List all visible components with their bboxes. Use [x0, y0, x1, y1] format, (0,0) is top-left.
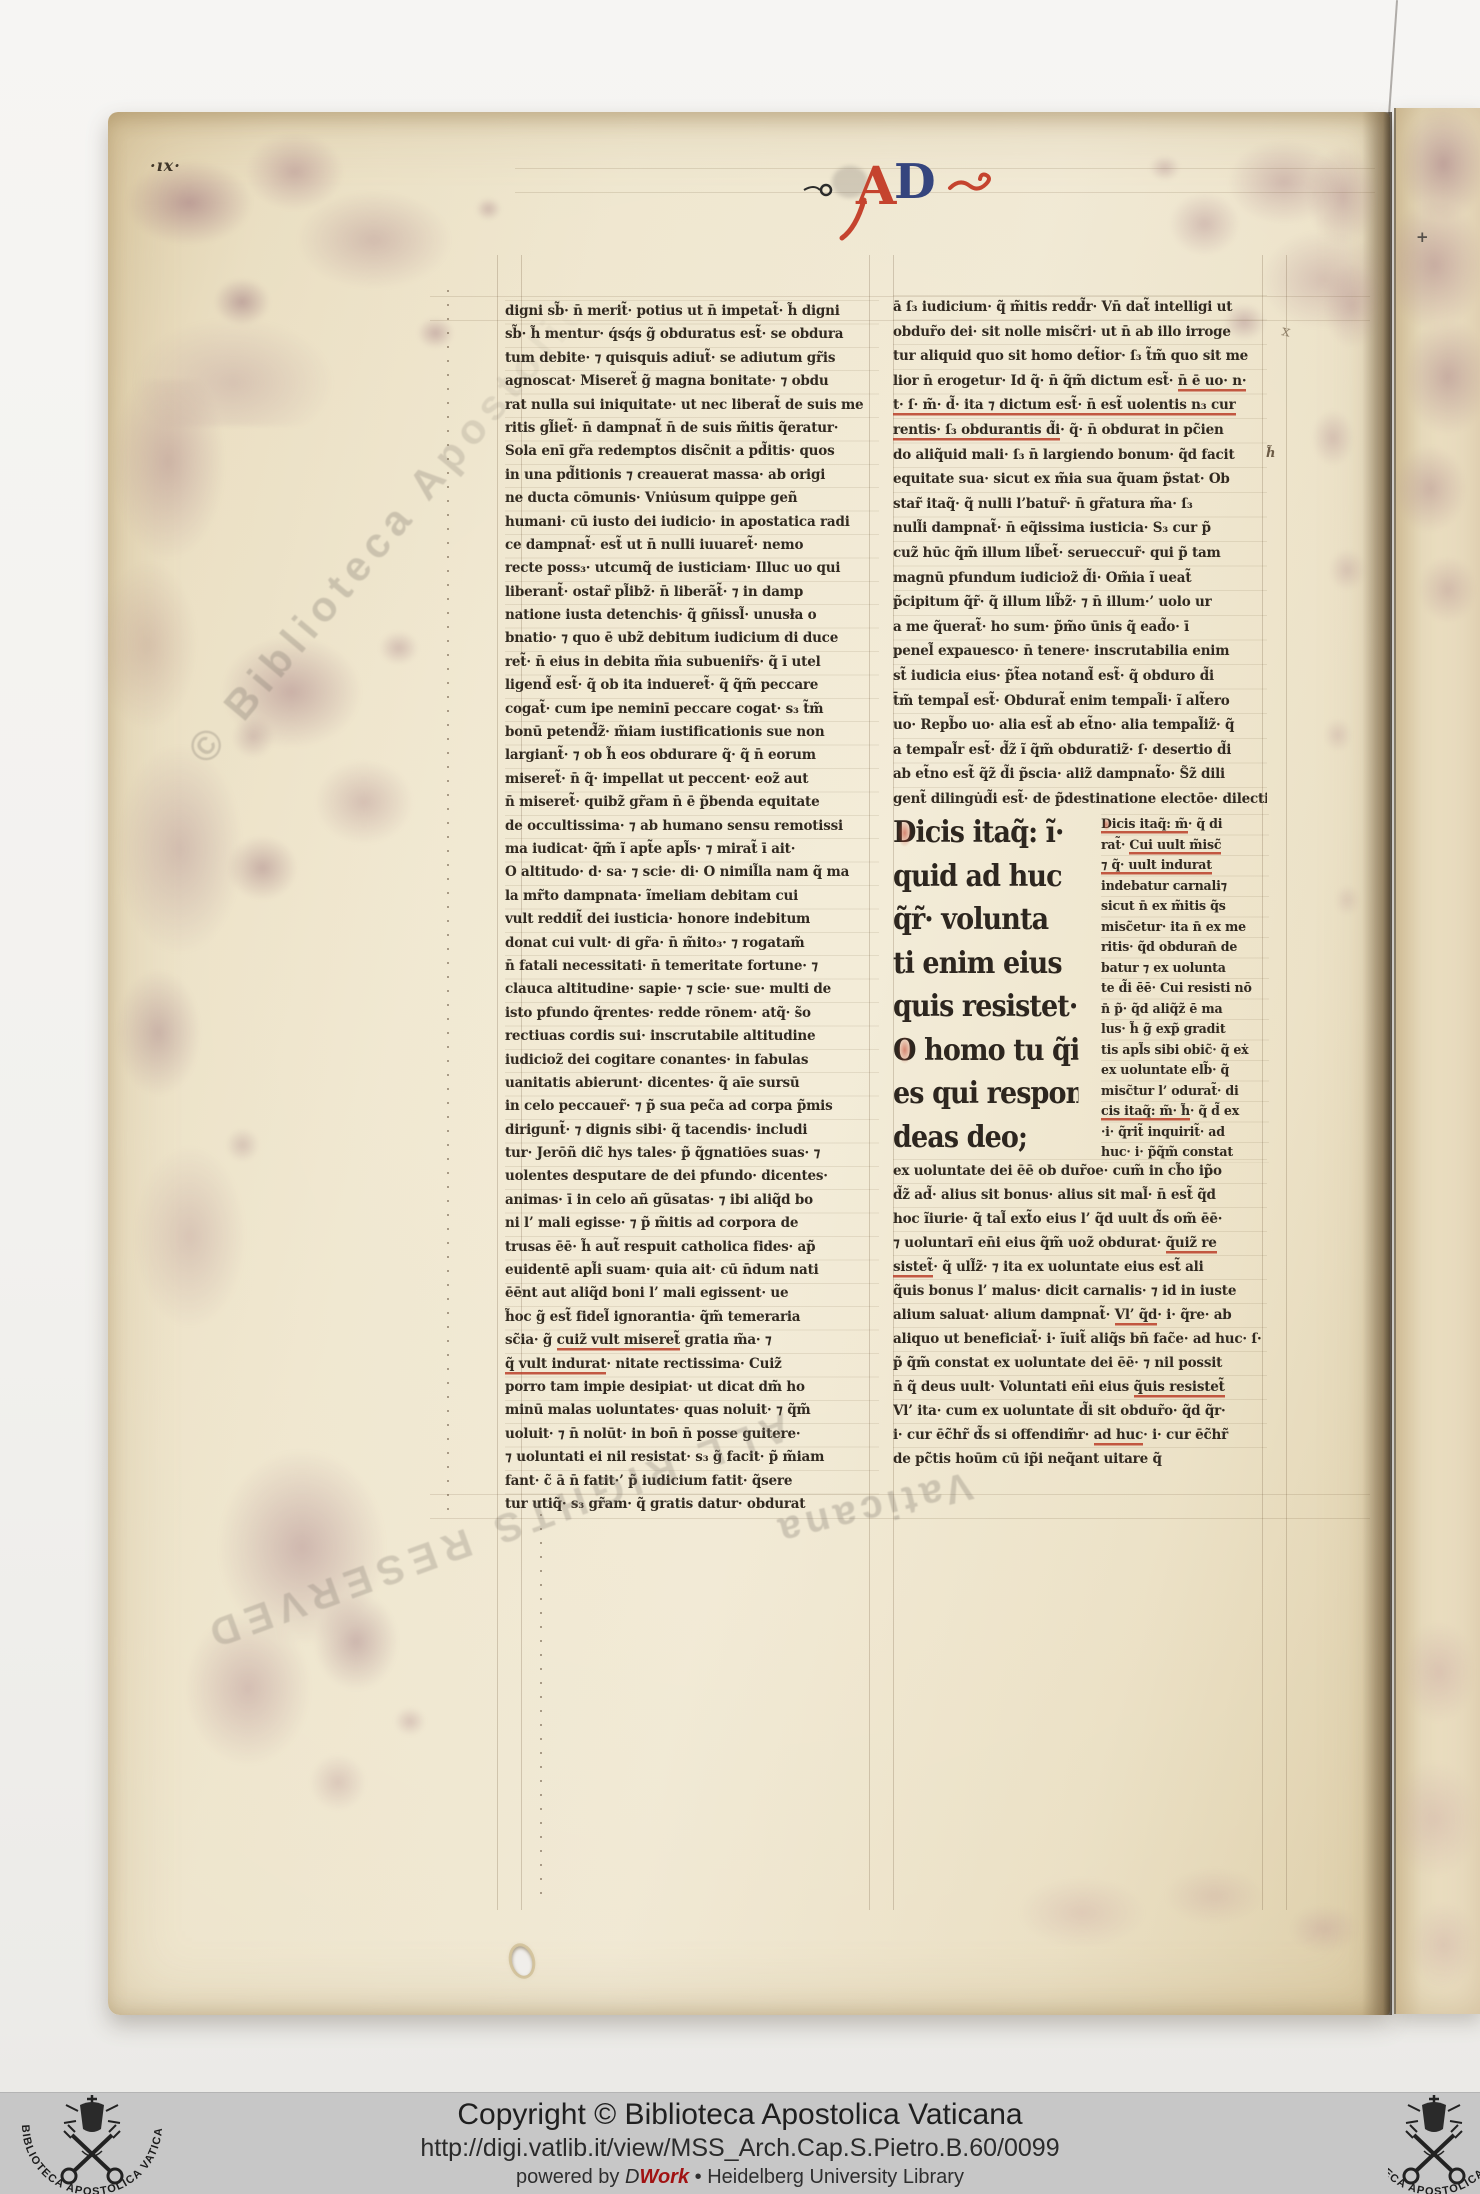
digitized-manuscript-viewer: ·ıx· h̃ + x A D digni sb̃· n̄ merit̃· po… — [0, 0, 1480, 2194]
manuscript-line: es qui respon — [893, 1072, 1078, 1116]
manuscript-line: h̃oc g̃ est̃ fidel̃ ignorantia· q̃m̃ tem… — [505, 1306, 879, 1329]
manuscript-line: q̃uis bonus l’ malus· dicit carnalis· ⁊ … — [893, 1279, 1267, 1303]
lemma-display-text: Dicis itaq̃: ĩ·quid ad hucq̃r̃· voluntat… — [893, 811, 1099, 1159]
manuscript-line: misc̃tur l’ odurat̃· di — [1101, 1081, 1269, 1102]
manuscript-line: agnoscat· Miseret̃ g̃ magna bonitate· ⁊ … — [505, 370, 879, 393]
manuscript-line: de pc̃tis hoūm cū ip̃i neq̃ant uitare q̃ — [893, 1447, 1267, 1471]
manuscript-line: rectiuas cordis sui· inscrutabile altitu… — [505, 1025, 879, 1048]
manuscript-line: sc̃ia· g̃ cuiz̃ vult miseret̃ gratia m̃a… — [505, 1329, 879, 1352]
manuscript-line: ma iudicat· q̃m̃ ĩ apt̃e apl̃s· ⁊ mirat̃… — [505, 838, 879, 861]
manuscript-line: fant· c̃ ā n̄ fatit·’ p̃ iudicium fatit·… — [505, 1470, 879, 1493]
manuscript-line: do aliq̃uid mali· ſ₃ n̄ largiendo bonum·… — [893, 443, 1267, 468]
manuscript-line: Sola enī gr̃a redemptos disc̃nit a pd̃it… — [505, 440, 879, 463]
stain-patch — [1396, 108, 1480, 668]
manuscript-line: la mr̃to dampnata· ĩmeliam debitam cui — [505, 885, 879, 908]
manuscript-line: isto pfundo q̃rentes· redde rōnem· atq̃·… — [505, 1002, 879, 1025]
vatican-library-logo: BIBLIOTECA APOSTOLICA VATICANA — [1388, 2091, 1480, 2194]
manuscript-line: deas deo; — [893, 1116, 1078, 1160]
manuscript-line: lus· h̃ g̃ exp̃ gradi̇t — [1101, 1019, 1269, 1040]
ruling-line — [430, 1518, 1370, 1519]
manuscript-line: gent̃ dilingu̇d̃i est̃· de p̃destination… — [893, 787, 1267, 812]
ruling-line — [1286, 255, 1287, 1910]
manuscript-line: de occultissima· ⁊ ab humano sensu remot… — [505, 815, 879, 838]
facing-folio-edge — [1394, 108, 1480, 2014]
manuscript-line: obdur̃o dei· sit nolle misc̃ri· ut n̄ ab… — [893, 320, 1267, 345]
footer-copyright-line: Copyright © Biblioteca Apostolica Vatica… — [0, 2097, 1480, 2132]
page-seam — [1388, 0, 1398, 116]
tilde-flourish-icon — [950, 175, 989, 189]
manuscript-line: in una pd̃itionis ⁊ creauerat massa· ab … — [505, 464, 879, 487]
manuscript-line: magnū pfundum iudicioz̃ d̃i· Om̃ia ĩ uea… — [893, 566, 1267, 591]
manuscript-line: uolentes desputare de dei pfundo· dicent… — [505, 1165, 879, 1188]
manuscript-line: te d̃i ēē· Cui resisti nō — [1101, 978, 1269, 999]
manuscript-line: O altitudo· d· sa· ⁊ scie· di· O nimil̃l… — [505, 861, 879, 884]
manuscript-line: i· cur ēc̃hr̃ d̃s si offendim̃r· ad huc·… — [893, 1423, 1267, 1447]
manuscript-line: lior n̄ erogetur· Id q̃· n̄ q̃m̃ dictum … — [893, 369, 1267, 394]
manuscript-line: uanitatis abierunt· dicentes· q̃ aīe sur… — [505, 1072, 879, 1095]
manuscript-line: ā ſ₃ iudicium· q̃ m̃itis redd̃r· Vn̄ dat… — [893, 295, 1267, 320]
manuscript-line: ⁊ uoluntarī en̄i eius q̃m̃ uoz̃ obdurat·… — [893, 1231, 1267, 1255]
manuscript-line: star̃ itaq̃· q̃ nulli l’batur̃· n̄ gr̃at… — [893, 492, 1267, 517]
footer-url: http://digi.vatlib.it/view/MSS_Arch.Cap.… — [0, 2132, 1480, 2164]
manuscript-line: hoc ĩiurie· q̃ tal̃ ext̃o eius l’ q̃d uu… — [893, 1207, 1267, 1231]
manuscript-line: tur· Jerōñ dic̃ hys tales· p̃ q̃gnatiōes… — [505, 1142, 879, 1165]
manuscript-line: n̄ fatali necessitati· n̄ temeritate for… — [505, 955, 879, 978]
manuscript-line: ce dampnat̃· est̃ ut n̄ nulli iuuaret̃· … — [505, 534, 879, 557]
manuscript-line: indebatur carnali⁊ — [1101, 876, 1269, 897]
quire-mark: ·ıx· — [150, 156, 181, 175]
manuscript-line: equitate sua· sicut ex m̃ia sua q̃uam p̃… — [893, 467, 1267, 492]
manuscript-line: ⁊ uoluntati ei nil resistat· s₃ g̃ facit… — [505, 1446, 879, 1469]
dwork-logo-work: Work — [639, 2166, 689, 2188]
pen-flourish-icon — [804, 187, 820, 190]
manuscript-line: st̃ iudicia eius· p̃t̃ea notand̃ est̃· q… — [893, 664, 1267, 689]
papal-crest-icon — [1404, 2095, 1464, 2183]
manuscript-line: ex uoluntate dei ēē ob dur̃oe· cum̃ in c… — [893, 1159, 1267, 1183]
manuscript-line: null̃i dampnat̃· n̄ eq̃issima iusticia· … — [893, 516, 1267, 541]
text-column-right-lower: ex uoluntate dei ēē ob dur̃oe· cum̃ in c… — [893, 1159, 1267, 1471]
manuscript-line: cogat̃· cum ipe neminī peccare cogat· s₃… — [505, 698, 879, 721]
manuscript-line: vult reddit̃ dei iusticia· honore indebi… — [505, 908, 879, 931]
manuscript-line: alium saluat· alium dampnat̃· Vl’ q̃d· i… — [893, 1303, 1267, 1327]
manuscript-line: ritis gl̃iet̃· n̄ dampnat̃ n̄ de suis m̃… — [505, 417, 879, 440]
manuscript-line: ti enim eius — [893, 942, 1078, 986]
running-title-ornament: A D — [798, 142, 1010, 260]
manuscript-line: trusas ēē· h̃ aut̃ respuit catholica fid… — [505, 1236, 879, 1259]
manuscript-line: bonū petend̃z̃· m̃iam iustificationis su… — [505, 721, 879, 744]
manuscript-line: a tempal̃r est̃· d̃z̃ ĩ q̃m̃ obduratiz̃·… — [893, 738, 1267, 763]
running-title-letter-blue: D — [894, 154, 936, 210]
manuscript-line: rentis· ſ₃ obdurantis d̃i· q̃· n̄ obdura… — [893, 418, 1267, 443]
manuscript-line: uo· Repb̃o uo· alia est̃ ab et̃no· alia … — [893, 713, 1267, 738]
manuscript-line: bnatio· ⁊ quo ē ubz̃ debitum iudicium di… — [505, 627, 879, 650]
manuscript-line: ·i· q̃rit̃ inquirit̃· ad — [1101, 1122, 1269, 1143]
ruling-line — [497, 255, 498, 1910]
manuscript-line: tis apl̃s sibi obic̃· q̃ eẋ — [1101, 1040, 1269, 1061]
prick-marks — [447, 290, 449, 1520]
manuscript-line: ritis· q̃d obduran̄ de — [1101, 937, 1269, 958]
manuscript-line: cis itaq̃: m̃· h̃· q̃ d̃ ex — [1101, 1101, 1269, 1122]
manuscript-line: n̄ p̃· q̃d aliq̃z̃ ē ma — [1101, 999, 1269, 1020]
manuscript-line: tum debite· ⁊ quisquis adiut̃· se adiutu… — [505, 347, 879, 370]
manuscript-line: rat̃· Cui uult m̃isc̃ — [1101, 835, 1269, 856]
manuscript-line: n̄ q̃ deus uult· Voluntati en̄i eius q̃u… — [893, 1375, 1267, 1399]
manuscript-line: Vl’ ita· cum ex uoluntate d̃i sit obdur̃… — [893, 1399, 1267, 1423]
pen-flourish-icon — [821, 185, 831, 195]
manuscript-line: ab et̃no est̃ q̃z̃ d̃i p̃scia· aliz̃ dam… — [893, 762, 1267, 787]
manuscript-line: largiant̃· ⁊ ob h̃ eos obdurare q̃· q̃ n… — [505, 744, 879, 767]
stain-patch — [1396, 1588, 1480, 2008]
manuscript-line: p̃cipitum q̃r̃· q̃ illum lib̃z̃· ⁊ n̄ il… — [893, 590, 1267, 615]
manuscript-line: a me q̃uerat̃· ho sum· p̃m̃o ūnis q̃ ead… — [893, 615, 1267, 640]
manuscript-line: penel̃ expauesco· n̄ tenere· inscrutabil… — [893, 639, 1267, 664]
powered-suffix: • Heidelberg University Library — [689, 2166, 964, 2188]
manuscript-line: quis resistet· — [893, 985, 1078, 1029]
manuscript-line: ex uoluntate elb̃· q̃ — [1101, 1060, 1269, 1081]
manuscript-line: liberant̃· ostar̃ pl̃ibz̃· n̄ liberãt̃· … — [505, 581, 879, 604]
margin-note: h̃ — [1266, 446, 1275, 461]
binding-gutter — [1362, 112, 1392, 2015]
manuscript-line: t̄m̃ tempal̃ est̃· Obdurat̃ enim tempal̃… — [893, 689, 1267, 714]
manuscript-line: dirigunt̃· ⁊ dignis sibi· q̃ tacendis· i… — [505, 1119, 879, 1142]
manuscript-line: euidentē apl̃i suam· quia ait· cū n̄dum … — [505, 1259, 879, 1282]
powered-prefix: powered by — [516, 2166, 625, 2188]
manuscript-line: sistet̃· q̃ ull̃z̃· ⁊ ita ex uoluntate e… — [893, 1255, 1267, 1279]
manuscript-line: tur aliquid quo sit homo det̃ior· ſ₃ t̃m… — [893, 344, 1267, 369]
manuscript-line: iudicioz̃ dei cogitare conantes· in fabu… — [505, 1049, 879, 1072]
manuscript-line: t· ſ· m̃· d̃· ita ⁊ dictum est̃· n̄ est̃… — [893, 393, 1267, 418]
manuscript-line: ni l’ mali egisse· ⁊ p̃ m̃itis ad corpor… — [505, 1212, 879, 1235]
manuscript-line: miseret̃· n̄ q̃· impellat ut peccent· eo… — [505, 768, 879, 791]
manuscript-line: sb̃· h̃ mentur· q́sq́s g̃ obduratus est̃… — [505, 323, 879, 346]
manuscript-line: ⁊ q̃· uult indurat — [1101, 855, 1269, 876]
manuscript-line: in celo peccauer̃· ⁊ p̃ sua pec̃a ad cor… — [505, 1095, 879, 1118]
manuscript-line: tur utiq̃· s₃ gr̃am· q̃ gratis datur· ob… — [505, 1493, 879, 1516]
manuscript-line: q̃ vult indurat· nitate rectissima· Cuiz… — [505, 1353, 879, 1376]
manuscript-line: sicut n̄ ex m̃itis q̃s — [1101, 896, 1269, 917]
manuscript-line: rat nulla sui iniquitate· ut nec liberat… — [505, 394, 879, 417]
manuscript-line: misc̃etur· ita n̄ ex me — [1101, 917, 1269, 938]
manuscript-line: minū malas uoluntates· quas noluit· ⁊ q̃… — [505, 1399, 879, 1422]
text-column-right-upper: ā ſ₃ iudicium· q̃ m̃itis redd̃r· Vn̄ dat… — [893, 295, 1267, 811]
manuscript-line: clauca altitudine· sapie· ⁊ scie· sue· m… — [505, 978, 879, 1001]
prick-marks — [540, 1500, 542, 1900]
manuscript-line: batur ⁊ ex uolunta — [1101, 958, 1269, 979]
manuscript-line: natione iusta detenchis· q̃ gñissl̃· unu… — [505, 604, 879, 627]
manuscript-line: recte poss₃· utcumq̃ de iusticiam· Illuc… — [505, 557, 879, 580]
dwork-logo-d: D — [625, 2166, 639, 2188]
manuscript-line: q̃r̃· volunta — [893, 898, 1078, 942]
manuscript-line: aliquo ut beneficiat̃· i· ĩuit̃ aliq̃s b… — [893, 1327, 1267, 1351]
manuscript-line: Dicis itaq̃: ĩ· — [893, 811, 1078, 855]
manuscript-line: humani· cū iusto dei iudicio· in apostat… — [505, 511, 879, 534]
letter-tail-flourish — [842, 200, 864, 238]
manuscript-line: ēēnt aut aliq̃d boni l’ mali egissent· u… — [505, 1282, 879, 1305]
copyright-footer-bar: BIBLIOTECA APOSTOLICA VATICANA Copyright… — [0, 2092, 1480, 2194]
margin-cross-mark: + — [1416, 228, 1429, 246]
manuscript-line: porro tam impie desipiat· ut dicat dm̃ h… — [505, 1376, 879, 1399]
manuscript-line: uoluit· ⁊ n̄ nolūt· in bon̄ n̄ posse gui… — [505, 1423, 879, 1446]
manuscript-line: p̃ q̃m̃ constat ex uoluntate dei ēē· ⁊ n… — [893, 1351, 1267, 1375]
text-column-left: digni sb̃· n̄ merit̃· potius ut n̄ impet… — [505, 300, 879, 1516]
manuscript-line: n̄ miseret̃· quibz̃ gr̃am n̄ ē p̃benda e… — [505, 791, 879, 814]
manuscript-line: ne ducta cōmunis· Vniu̇sum quippe geñ — [505, 487, 879, 510]
manuscript-line: d̃z̃ ad̃· alius sit bonus· alius sit mal… — [893, 1183, 1267, 1207]
manuscript-line: ret̃· n̄ eius in debita m̃ia subuenir̃s·… — [505, 651, 879, 674]
manuscript-line: quid ad huc — [893, 855, 1078, 899]
side-gloss-column: Dicis itaq̃: m̃· q̃ dirat̃· Cui uult m̃i… — [1101, 814, 1269, 1163]
manuscript-line: cuz̃ hūc q̃m̃ illum lib̃et̃· serueccur̃·… — [893, 541, 1267, 566]
manuscript-line: ligend̃ est̃· q̃ ob ita indueret̃· q̃ q̃… — [505, 674, 879, 697]
footer-powered-line: powered by DWork • Heidelberg University… — [0, 2164, 1480, 2190]
manuscript-line: Dicis itaq̃: m̃· q̃ di — [1101, 814, 1269, 835]
footer-text-block: Copyright © Biblioteca Apostolica Vatica… — [0, 2097, 1480, 2190]
manuscript-line: animas· ī in celo añ gũsatas· ⁊ ibi aliq… — [505, 1189, 879, 1212]
manuscript-line: donat cui vult· di gr̃a· n̄ m̃ito₃· ⁊ ro… — [505, 932, 879, 955]
manuscript-line: digni sb̃· n̄ merit̃· potius ut n̄ impet… — [505, 300, 879, 323]
manuscript-line: O homo tu q̃is — [893, 1029, 1078, 1073]
